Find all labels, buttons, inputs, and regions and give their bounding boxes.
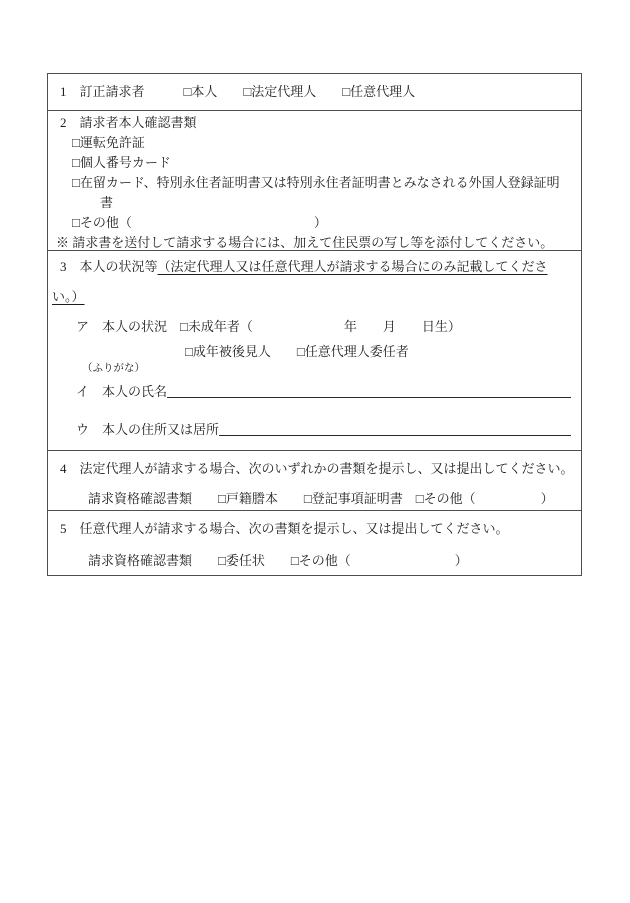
text-run — [265, 551, 291, 571]
text-run: 請求資格確認書類 — [88, 551, 218, 571]
name-field-line: イ 本人の氏名 — [48, 382, 581, 402]
text-run — [278, 489, 304, 509]
checkbox-option[interactable]: □在留カード、特別永住者証明書又は特別永住者証明書とみなされる外国人登録証明 — [72, 173, 560, 193]
form-box: 1 訂正請求者 □本人 □法定代理人 □任意代理人2 請求者本人確認書類□運転免… — [47, 73, 582, 576]
checkbox-option[interactable]: □未成年者（ 年 月 日生） — [180, 317, 461, 337]
furigana-label: （ふりがな） — [48, 362, 581, 376]
checkbox-option[interactable]: □その他（ ） — [72, 213, 327, 233]
mailing-note: ※ 請求書を送付して請求する場合には、加えて住民票の写し等を添付してください。 — [48, 233, 581, 250]
checkbox-option[interactable]: □本人 — [184, 82, 218, 102]
text-run — [403, 489, 416, 509]
text-run: イ 本人の氏名 — [76, 382, 167, 402]
form-line: □運転免許証 — [48, 133, 581, 153]
checkbox-option[interactable]: □個人番号カード — [72, 153, 171, 173]
checkbox-option[interactable]: □戸籍謄本 — [218, 489, 278, 509]
text-run — [217, 82, 243, 102]
checkbox-option[interactable]: □運転免許証 — [72, 133, 145, 153]
form-line: □その他（ ） — [48, 213, 581, 233]
text-run: （ふりがな） — [82, 362, 145, 376]
form-line: ア 本人の状況 □未成年者（ 年 月 日生） — [48, 317, 581, 337]
text-run: ア 本人の状況 — [76, 317, 180, 337]
section-2-identity-documents: 2 請求者本人確認書類□運転免許証□個人番号カード□在留カード、特別永住者証明書… — [48, 110, 581, 250]
checkbox-option[interactable]: □その他（ ） — [291, 551, 468, 571]
text-run — [271, 342, 297, 362]
checkbox-option[interactable]: □委任状 — [218, 551, 265, 571]
checkbox-option[interactable]: □登記事項証明書 — [304, 489, 403, 509]
form-line: 請求資格確認書類 □委任状 □その他（ ） — [48, 551, 581, 571]
text-run — [316, 82, 342, 102]
form-line: □成年被後見人 □任意代理人委任者 — [48, 342, 581, 362]
section-1-correction-requester: 1 訂正請求者 □本人 □法定代理人 □任意代理人 — [48, 74, 581, 110]
form-line: 2 請求者本人確認書類 — [48, 113, 581, 133]
fill-in-rule[interactable] — [219, 420, 571, 436]
fill-in-rule[interactable] — [167, 382, 571, 398]
text-run: い。） — [52, 287, 85, 307]
text-run: 3 本人の状況等 — [60, 257, 158, 277]
text-run: 1 訂正請求者 — [60, 82, 184, 102]
checkbox-option[interactable]: □成年被後見人 — [185, 342, 271, 362]
form-line: □在留カード、特別永住者証明書又は特別永住者証明書とみなされる外国人登録証明 — [48, 173, 581, 193]
form-line: 書 — [48, 193, 581, 213]
form-line: 1 訂正請求者 □本人 □法定代理人 □任意代理人 — [48, 82, 581, 102]
checkbox-option[interactable]: □任意代理人委任者 — [297, 342, 409, 362]
form-line: い。） — [48, 287, 581, 307]
section-3-principal-status: 3 本人の状況等（法定代理人又は任意代理人が請求する場合にのみ記載してください。… — [48, 250, 581, 450]
checkbox-option[interactable]: □任意代理人 — [342, 82, 415, 102]
form-line: 3 本人の状況等（法定代理人又は任意代理人が請求する場合にのみ記載してくださ — [48, 257, 581, 277]
form-line: 請求資格確認書類 □戸籍謄本 □登記事項証明書 □その他（ ） — [48, 489, 581, 509]
form-line: 4 法定代理人が請求する場合、次のいずれかの書類を提示し、又は提出してください。 — [48, 459, 581, 479]
checkbox-option[interactable]: □法定代理人 — [243, 82, 316, 102]
text-run: 請求資格確認書類 — [88, 489, 218, 509]
text-run: ※ 請求書を送付して請求する場合には、加えて住民票の写し等を添付してください。 — [56, 233, 553, 250]
form-line: □個人番号カード — [48, 153, 581, 173]
text-run: 4 法定代理人が請求する場合、次のいずれかの書類を提示し、又は提出してください。 — [60, 459, 574, 479]
text-run: ウ 本人の住所又は居所 — [76, 420, 219, 440]
text-run: 書 — [100, 193, 113, 213]
checkbox-option[interactable]: □その他（ ） — [416, 489, 554, 509]
form-line: 5 任意代理人が請求する場合、次の書類を提示し、又は提出してください。 — [48, 519, 581, 539]
text-run: 2 請求者本人確認書類 — [60, 113, 197, 133]
text-run: 5 任意代理人が請求する場合、次の書類を提示し、又は提出してください。 — [60, 519, 509, 539]
section-5-voluntary-agent-documents: 5 任意代理人が請求する場合、次の書類を提示し、又は提出してください。請求資格確… — [48, 510, 581, 575]
text-run: （法定代理人又は任意代理人が請求する場合にのみ記載してくださ — [158, 257, 548, 277]
section-4-legal-representative-documents: 4 法定代理人が請求する場合、次のいずれかの書類を提示し、又は提出してください。… — [48, 450, 581, 510]
address-field-line: ウ 本人の住所又は居所 — [48, 420, 581, 440]
document-page: 1 訂正請求者 □本人 □法定代理人 □任意代理人2 請求者本人確認書類□運転免… — [0, 0, 630, 903]
